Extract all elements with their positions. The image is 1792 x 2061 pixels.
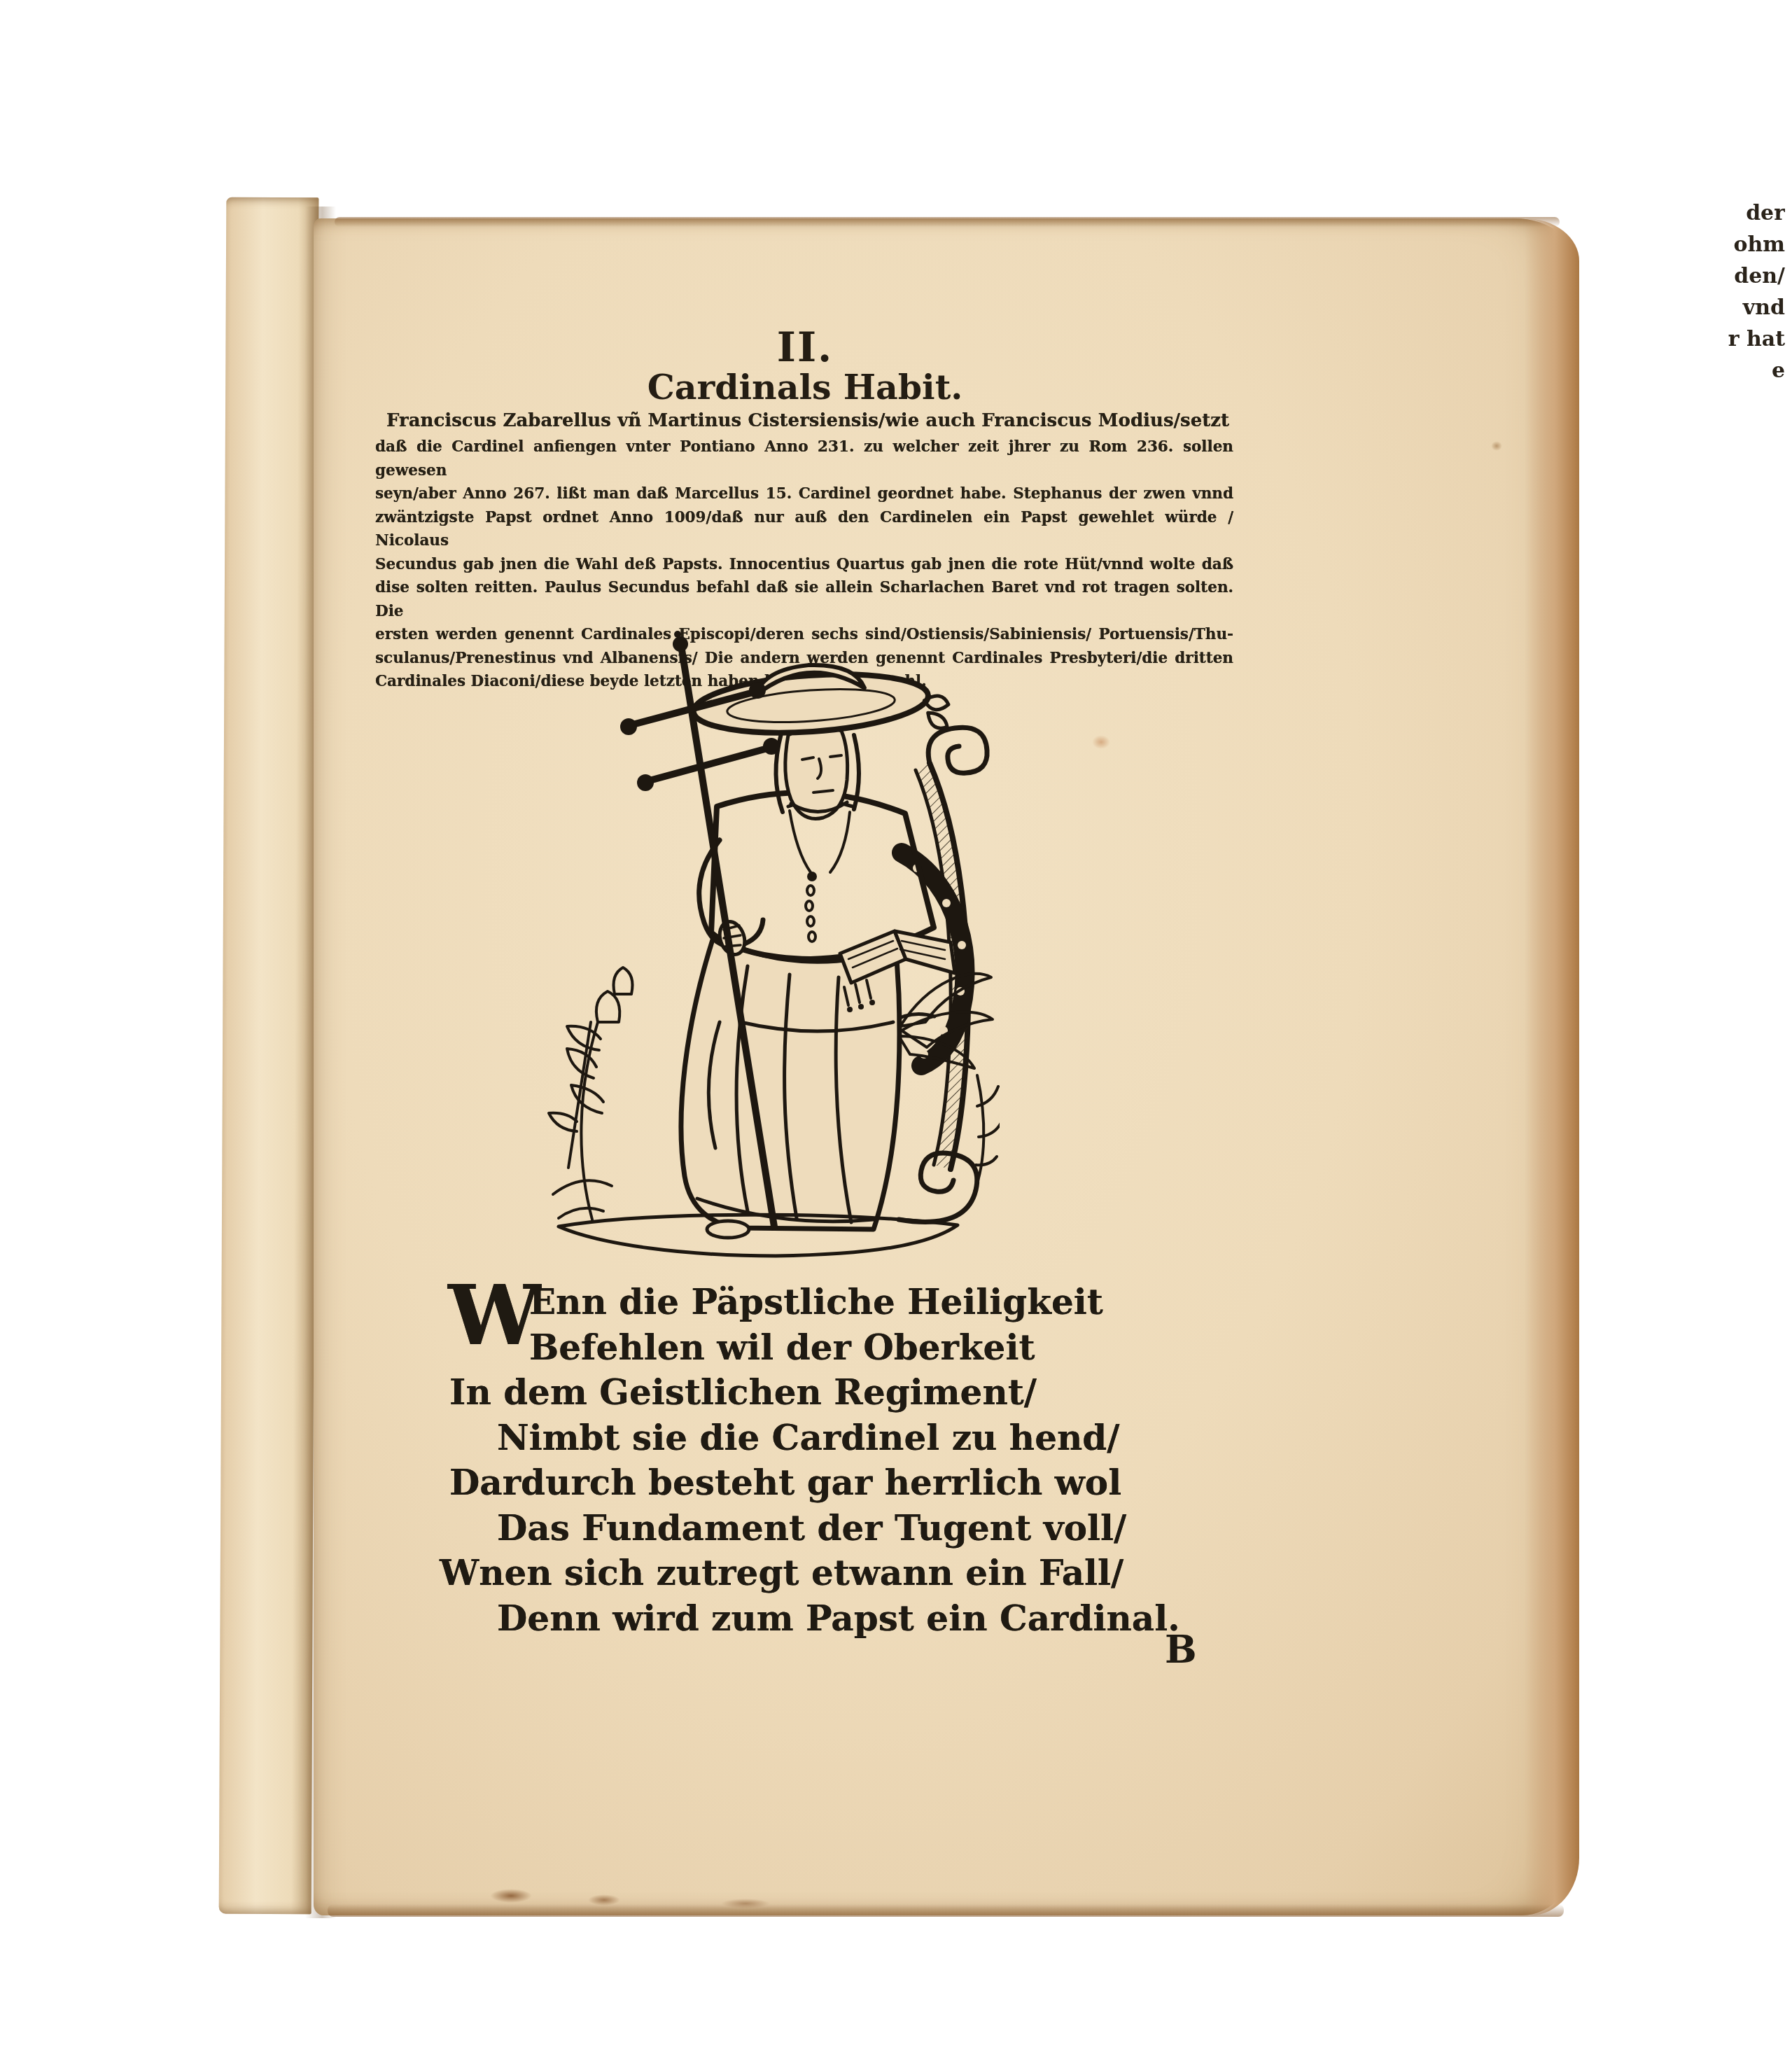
poem-line: In dem Geistlichen Regiment/ [449,1370,1194,1416]
poem-line: Dardurch besteht gar herrlich wol [449,1460,1194,1506]
fragment-line: r hat [1707,323,1785,355]
foxing-spot [1491,441,1502,451]
poem-line: Befehlen wil der Oberkeit [529,1325,1194,1371]
previous-page-text-fragments: der ohm den/ vnd r hat e [1707,197,1785,386]
page-edge-stain [490,1889,532,1903]
page-recto: II. Cardinals Habit. Franciscus Zabarell… [314,218,1578,1915]
previous-page-edge [219,197,319,1915]
poem: W Enn die Päpstliche Heiligkeit Befehlen… [438,1280,1194,1641]
paragraph-line: zwäntzigste Papst ordnet Anno 1009/daß n… [375,506,1233,553]
page-edge-stain [721,1899,770,1908]
signature-mark: B [1165,1627,1197,1672]
page-edge-stain [588,1894,620,1906]
fragment-line: vnd [1707,292,1785,323]
page-content: II. Cardinals Habit. Franciscus Zabarell… [314,218,1578,1915]
poem-line: Enn die Päpstliche Heiligkeit [529,1280,1194,1325]
paragraph-line: dise solten reitten. Paulus Secundus bef… [375,576,1233,623]
book-photograph: der ohm den/ vnd r hat e II. Cardinals H… [0,0,1792,2061]
poem-line: Nimbt sie die Cardinel zu hend/ [497,1416,1194,1461]
fragment-line: e [1707,355,1785,386]
fragment-line: der [1707,197,1785,229]
page-title: Cardinals Habit. [314,367,1296,407]
woodcut-hat-cords [790,811,850,942]
paragraph-line: daß die Cardinel anfiengen vnter Pontian… [375,435,1233,482]
fragment-line: den/ [1707,260,1785,292]
poem-drop-cap: W [448,1274,541,1357]
paragraph-line: Secundus gab jnen die Wahl deß Papsts. I… [375,553,1233,577]
poem-line: Denn wird zum Papst ein Cardinal. [497,1596,1194,1642]
foxing-spot [1092,735,1110,749]
paragraph-line: seyn/aber Anno 267. lißt man daß Marcell… [375,482,1233,506]
paragraph-line: Franciscus Zabarellus vñ Martinus Cister… [386,406,1229,435]
woodcut-throne [891,727,993,1222]
fragment-line: ohm [1707,229,1785,260]
woodcut-plants-left [549,967,633,1220]
chapter-number: II. [314,323,1296,371]
cardinal-woodcut-illustration [510,630,1000,1260]
poem-line: Wnen sich zutregt etwann ein Fall/ [440,1551,1194,1596]
poem-line: Das Fundament der Tugent voll/ [497,1506,1194,1551]
